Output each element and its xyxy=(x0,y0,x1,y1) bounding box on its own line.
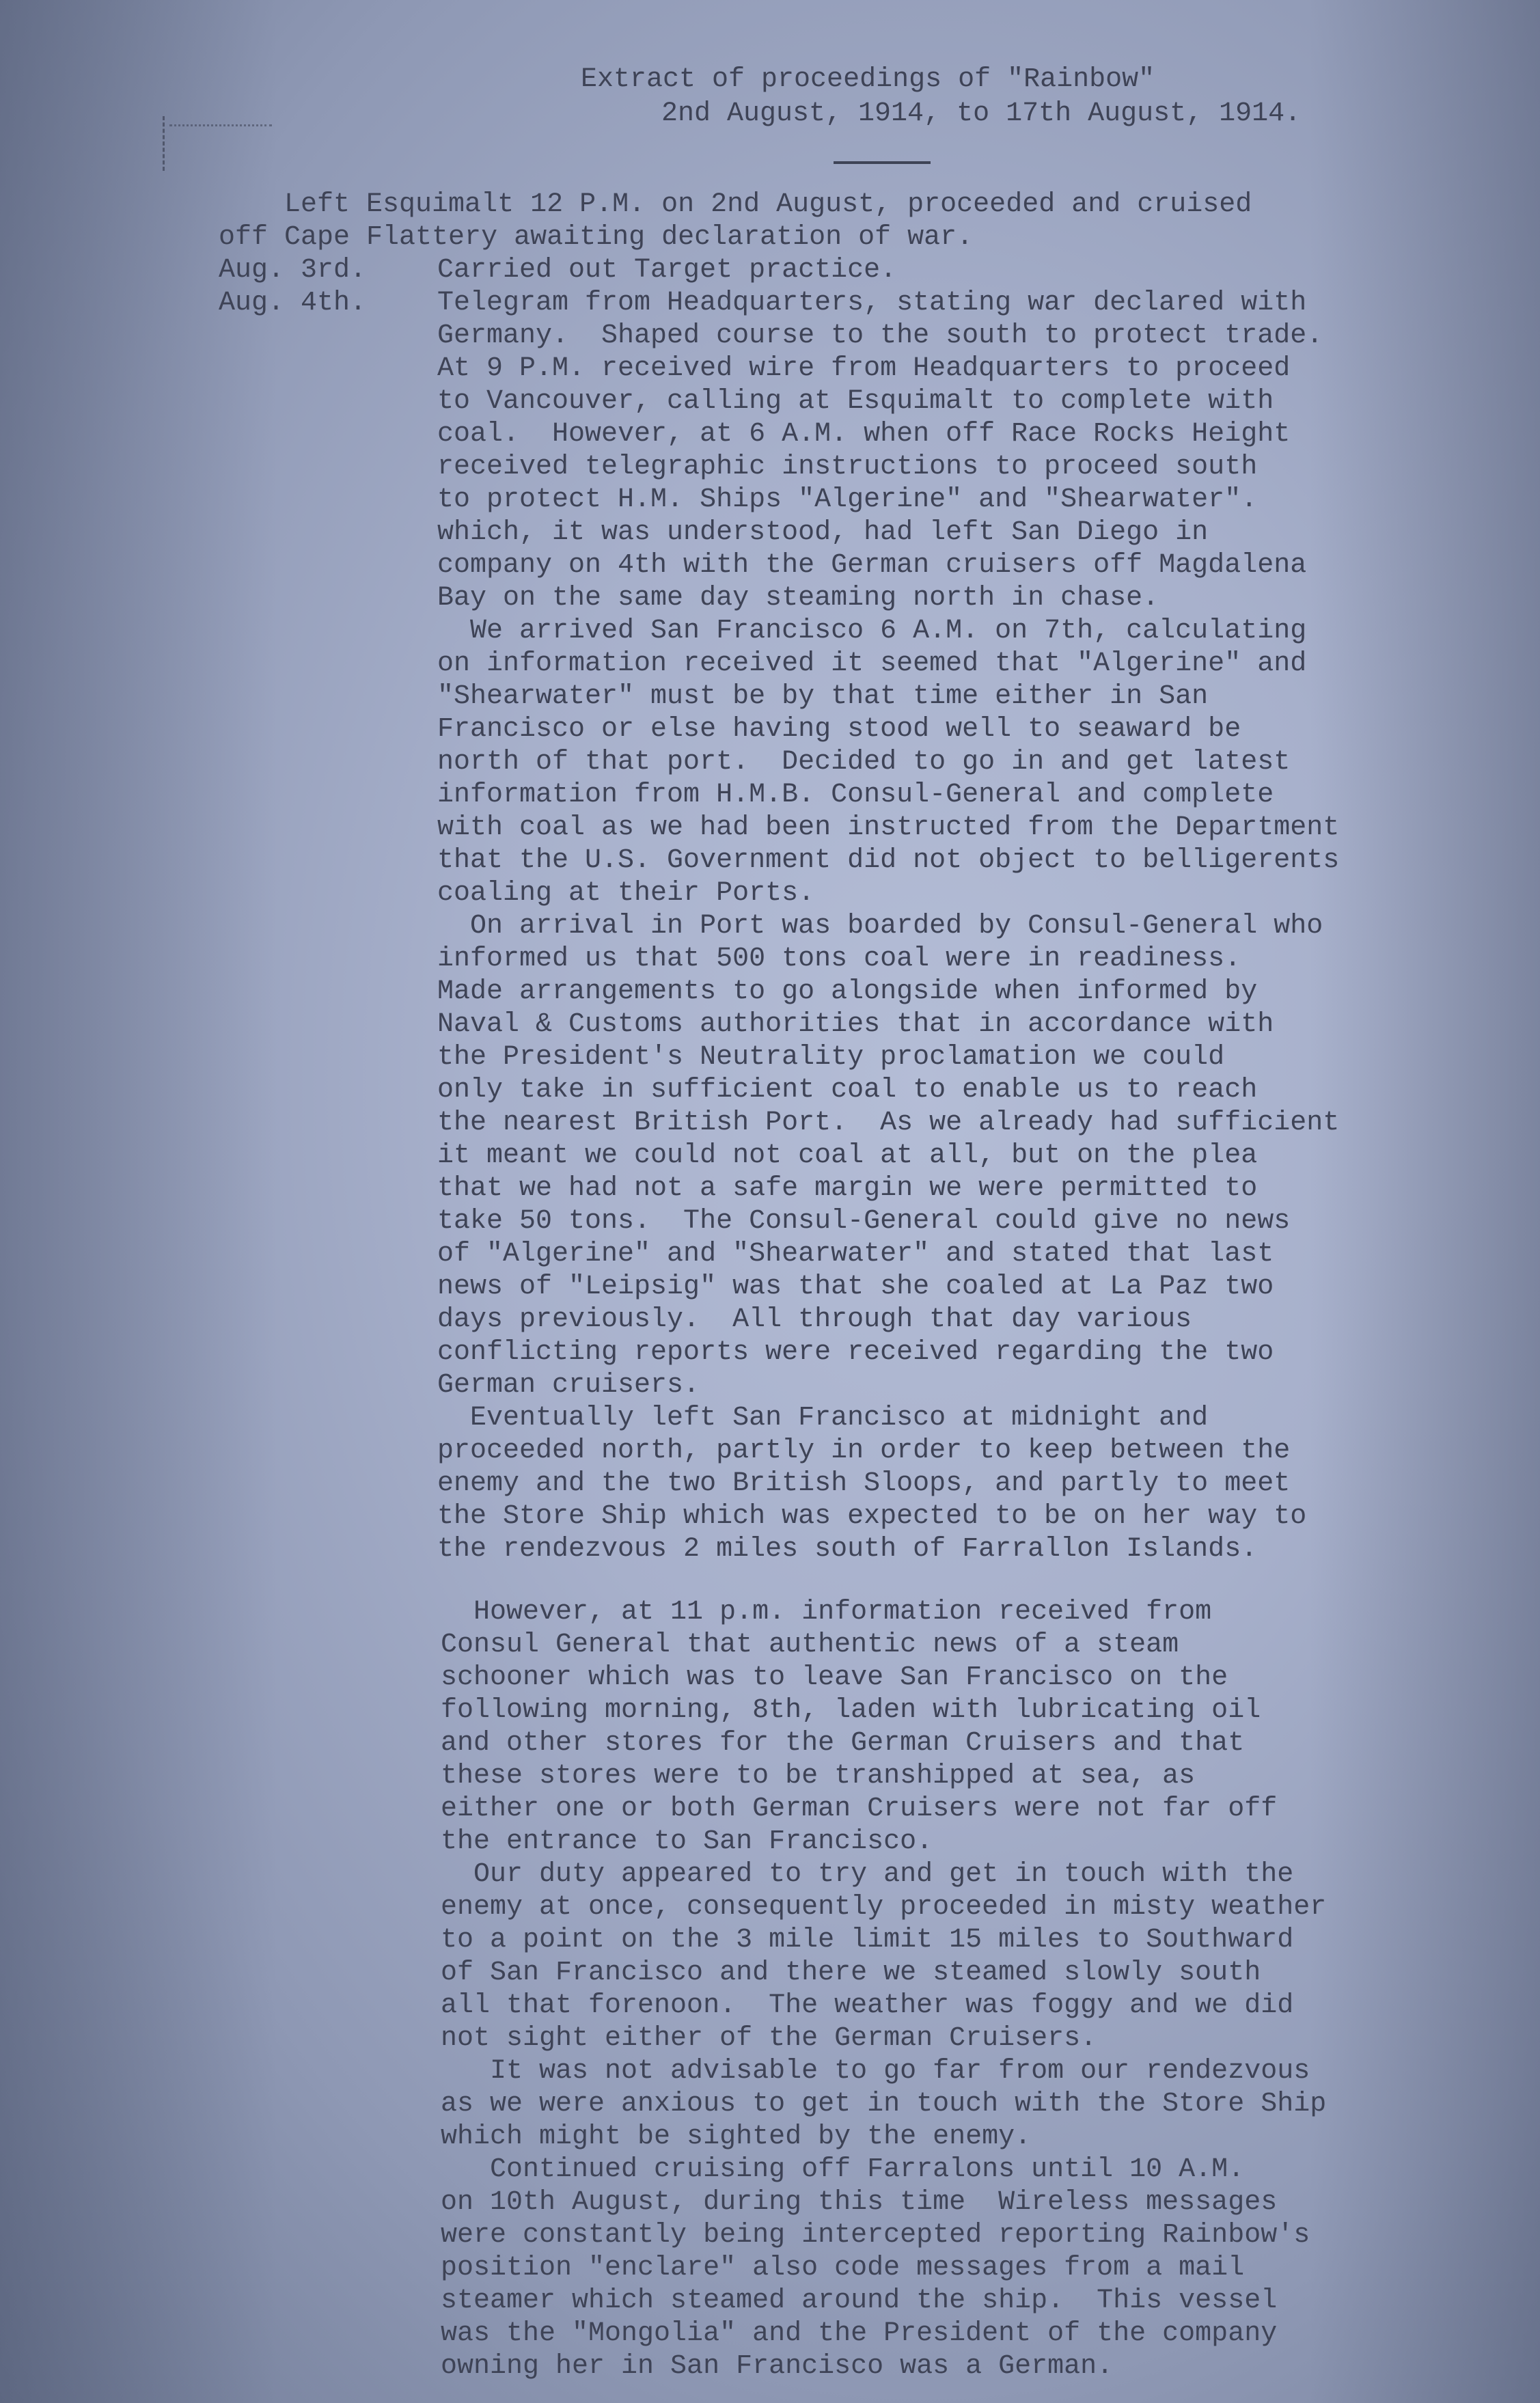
text-line: following morning, 8th, laden with lubri… xyxy=(441,1694,1503,1727)
text-line: not sight either of the German Cruisers. xyxy=(441,2022,1503,2055)
log-entry: Aug. 3rd.Carried out Target practice. xyxy=(219,254,1503,287)
text-line: information from H.M.B. Consul-General a… xyxy=(437,779,1503,812)
text-line: it meant we could not coal at all, but o… xyxy=(437,1140,1503,1172)
entry-text: Telegram from Headquarters, stating war … xyxy=(437,287,1503,1566)
document-title-block: Extract of proceedings of "Rainbow" 2nd … xyxy=(581,63,1301,131)
text-line: of "Algerine" and "Shearwater" and state… xyxy=(437,1238,1503,1271)
text-line: with coal as we had been instructed from… xyxy=(437,812,1503,845)
text-line: German cruisers. xyxy=(437,1369,1503,1402)
document-date-range: 2nd August, 1914, to 17th August, 1914. xyxy=(581,97,1301,131)
text-line: and other stores for the German Cruisers… xyxy=(441,1727,1503,1760)
continuation-paragraphs: However, at 11 p.m. information received… xyxy=(219,1596,1503,2383)
text-line: enemy and the two British Sloops, and pa… xyxy=(437,1468,1503,1500)
text-line: which might be sighted by the enemy. xyxy=(441,2121,1503,2154)
text-line: Carried out Target practice. xyxy=(437,254,1503,287)
text-line: Francisco or else having stood well to s… xyxy=(437,713,1503,746)
text-line: Consul General that authentic news of a … xyxy=(441,1629,1503,1662)
text-line: schooner which was to leave San Francisc… xyxy=(441,1662,1503,1694)
paragraph-gap xyxy=(219,1566,1503,1596)
text-line: received telegraphic instructions to pro… xyxy=(437,451,1503,484)
text-line: the rendezvous 2 miles south of Farrallo… xyxy=(437,1533,1503,1566)
text-line: We arrived San Francisco 6 A.M. on 7th, … xyxy=(437,615,1503,648)
text-line: It was not advisable to go far from our … xyxy=(441,2055,1503,2088)
text-line: news of "Leipsig" was that she coaled at… xyxy=(437,1271,1503,1304)
text-line: Left Esquimalt 12 P.M. on 2nd August, pr… xyxy=(219,189,1503,221)
document-page: Extract of proceedings of "Rainbow" 2nd … xyxy=(0,0,1540,2403)
text-line: north of that port. Decided to go in and… xyxy=(437,746,1503,779)
text-line: Telegram from Headquarters, stating war … xyxy=(437,287,1503,320)
text-line: of San Francisco and there we steamed sl… xyxy=(441,1957,1503,1990)
text-line: days previously. All through that day va… xyxy=(437,1304,1503,1336)
text-line: on 10th August, during this time Wireles… xyxy=(441,2186,1503,2219)
text-line: company on 4th with the German cruisers … xyxy=(437,549,1503,582)
entry-date: Aug. 4th. xyxy=(219,287,437,1566)
document-title: Extract of proceedings of "Rainbow" xyxy=(581,63,1301,97)
text-line: Eventually left San Francisco at midnigh… xyxy=(437,1402,1503,1435)
text-line: that the U.S. Government did not object … xyxy=(437,845,1503,877)
text-line: However, at 11 p.m. information received… xyxy=(441,1596,1503,1629)
text-line: the entrance to San Francisco. xyxy=(441,1826,1503,1858)
dated-entries: Aug. 3rd.Carried out Target practice.Aug… xyxy=(219,254,1503,1566)
text-line: only take in sufficient coal to enable u… xyxy=(437,1074,1503,1107)
text-line: Made arrangements to go alongside when i… xyxy=(437,976,1503,1008)
pencil-margin-mark xyxy=(169,124,272,126)
text-line: the Store Ship which was expected to be … xyxy=(437,1500,1503,1533)
text-line: Naval & Customs authorities that in acco… xyxy=(437,1008,1503,1041)
text-line: were constantly being intercepted report… xyxy=(441,2219,1503,2252)
intro-paragraph: Left Esquimalt 12 P.M. on 2nd August, pr… xyxy=(219,189,1503,254)
text-line: On arrival in Port was boarded by Consul… xyxy=(437,910,1503,943)
text-line: coal. However, at 6 A.M. when off Race R… xyxy=(437,418,1503,451)
log-entry: Aug. 4th.Telegram from Headquarters, sta… xyxy=(219,287,1503,1566)
text-line: which, it was understood, had left San D… xyxy=(437,517,1503,549)
text-line: informed us that 500 tons coal were in r… xyxy=(437,943,1503,976)
text-line: that we had not a safe margin we were pe… xyxy=(437,1172,1503,1205)
text-line: position "enclare" also code messages fr… xyxy=(441,2252,1503,2285)
text-line: steamer which steamed around the ship. T… xyxy=(441,2285,1503,2318)
text-line: Our duty appeared to try and get in touc… xyxy=(441,1858,1503,1891)
text-line: take 50 tons. The Consul-General could g… xyxy=(437,1205,1503,1238)
text-line: "Shearwater" must be by that time either… xyxy=(437,681,1503,713)
entry-text: Carried out Target practice. xyxy=(437,254,1503,287)
text-line: on information received it seemed that "… xyxy=(437,648,1503,681)
text-line: to protect H.M. Ships "Algerine" and "Sh… xyxy=(437,484,1503,517)
title-divider xyxy=(834,161,931,164)
text-line: either one or both German Cruisers were … xyxy=(441,1793,1503,1826)
text-line: to a point on the 3 mile limit 15 miles … xyxy=(441,1924,1503,1957)
text-line: coaling at their Ports. xyxy=(437,877,1503,910)
text-line: Continued cruising off Farralons until 1… xyxy=(441,2154,1503,2186)
pencil-margin-mark xyxy=(163,116,167,171)
text-line: as we were anxious to get in touch with … xyxy=(441,2088,1503,2121)
text-line: was the "Mongolia" and the President of … xyxy=(441,2318,1503,2350)
text-line: these stores were to be transhipped at s… xyxy=(441,1760,1503,1793)
text-line: owning her in San Francisco was a German… xyxy=(441,2350,1503,2383)
text-line: all that forenoon. The weather was foggy… xyxy=(441,1990,1503,2022)
text-line: Bay on the same day steaming north in ch… xyxy=(437,582,1503,615)
text-line: the nearest British Port. As we already … xyxy=(437,1107,1503,1140)
text-line: enemy at once, consequently proceeded in… xyxy=(441,1891,1503,1924)
document-body: Left Esquimalt 12 P.M. on 2nd August, pr… xyxy=(219,189,1503,2383)
text-line: off Cape Flattery awaiting declaration o… xyxy=(219,221,1503,254)
text-line: proceeded north, partly in order to keep… xyxy=(437,1435,1503,1468)
text-line: At 9 P.M. received wire from Headquarter… xyxy=(437,353,1503,385)
text-line: Germany. Shaped course to the south to p… xyxy=(437,320,1503,353)
entry-date: Aug. 3rd. xyxy=(219,254,437,287)
text-line: conflicting reports were received regard… xyxy=(437,1336,1503,1369)
text-line: the President's Neutrality proclamation … xyxy=(437,1041,1503,1074)
text-line: to Vancouver, calling at Esquimalt to co… xyxy=(437,385,1503,418)
